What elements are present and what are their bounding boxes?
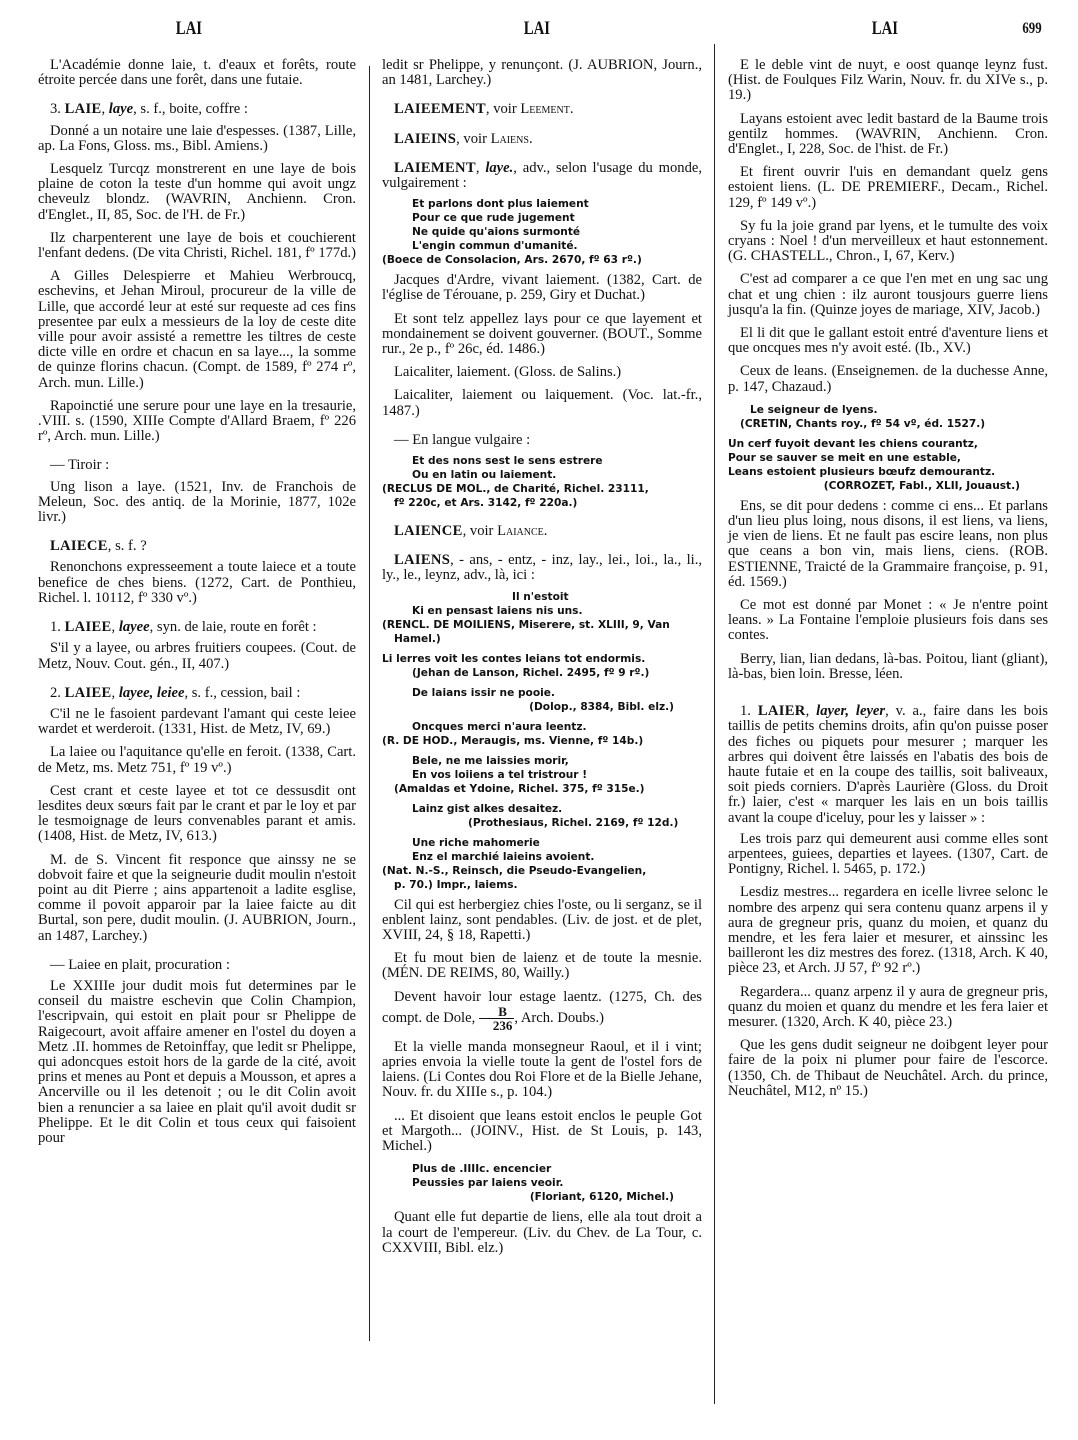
sub-sense: — En langue vulgaire :	[382, 433, 702, 448]
citation: C'est ad comparer a ce que l'en met en u…	[728, 272, 1048, 318]
verse-quote: Plus de .IIIIc. encencier Peussies par l…	[382, 1162, 702, 1204]
verse-quote: De laians issir ne pooie. (Dolop., 8384,…	[382, 686, 702, 714]
citation: E le deble vint de nuyt, e oost quanqe l…	[728, 58, 1048, 104]
entry-headword: LAIENCE	[394, 523, 463, 539]
verse-source: (Dolop., 8384, Bibl. elz.)	[382, 700, 702, 714]
citation: Regardera... quanz arpenz il y aura de g…	[728, 985, 1048, 1031]
verse-source: (Jehan de Lanson, Richel. 2495, fº 9 rº.…	[382, 666, 702, 680]
citation: M. de S. Vincent fit responce que ainssy…	[38, 853, 356, 944]
citation: Donné a un notaire une laie d'espesses. …	[38, 124, 356, 154]
cross-reference: Laiens.	[491, 131, 533, 147]
column-divider	[369, 66, 370, 1341]
citation: A Gilles Delespierre et Mahieu Werbroucq…	[38, 269, 356, 391]
verse-source: (R. DE HOD., Meraugis, ms. Vienne, fº 14…	[382, 734, 702, 748]
citation: Ilz charpenterent une laye de bois et co…	[38, 231, 356, 261]
citation: Et sont telz appellez lays pour ce que l…	[382, 312, 702, 358]
verse-quote: Bele, ne me laissies morir, En vos loiie…	[382, 754, 702, 796]
sub-sense: — Tiroir :	[38, 458, 356, 473]
citation: Laicaliter, laiement ou laiquement. (Voc…	[382, 388, 702, 418]
citation: La laiee ou l'aquitance qu'elle en feroi…	[38, 745, 356, 775]
dictionary-entry-laiee-1: 1. LAIEE, layee, syn. de laie, route en …	[38, 620, 356, 635]
entry-headword: LAIECE	[50, 538, 108, 554]
entry-headword: LAIENS	[394, 552, 450, 568]
entry-variant: laye	[109, 101, 133, 117]
entry-headword: LAIEEMENT	[394, 101, 486, 117]
verse-source: (CRETIN, Chants roy., fº 54 vº, éd. 1527…	[728, 417, 1048, 431]
citation: Laicaliter, laiement. (Gloss. de Salins.…	[382, 365, 702, 380]
column-divider	[714, 44, 715, 1404]
citation: Renonchons expresseement a toute laiece …	[38, 560, 356, 606]
verse-quote: Un cerf fuyoit devant les chiens courant…	[728, 437, 1048, 493]
running-head-right: LAI	[872, 18, 898, 40]
entry-definition: , syn. de laie, route en forêt :	[150, 619, 317, 635]
paragraph: Berry, lian, lian dedans, là-bas. Poitou…	[728, 652, 1048, 682]
verse-source: (CORROZET, Fabl., XLII, Jouaust.)	[728, 479, 1048, 493]
citation: Et la vielle manda monsegneur Raoul, et …	[382, 1040, 702, 1101]
citation: Quant elle fut departie de liens, elle a…	[382, 1210, 702, 1256]
verse-quote: Li lerres voit les contes leians tot end…	[382, 652, 702, 680]
citation: El li dit que le gallant estoit entré d'…	[728, 326, 1048, 356]
citation: Les trois parz qui demeurent ausi comme …	[728, 832, 1048, 878]
citation: Layans estoient avec ledit bastard de la…	[728, 112, 1048, 158]
citation: C'il ne le fasoient pardevant l'amant qu…	[38, 707, 356, 737]
citation: Le XXIIIe jour dudit mois fut determines…	[38, 979, 356, 1146]
verse-source: (Amaldas et Ydoine, Richel. 375, fº 315e…	[382, 782, 702, 796]
cross-reference: Leement.	[520, 101, 573, 117]
entry-headword: LAIEE	[65, 685, 112, 701]
entry-headword: LAIEE	[65, 619, 112, 635]
citation: ledit sr Phelippe, y renunçont. (J. AUBR…	[382, 58, 702, 88]
entry-definition: , s. f., boite, coffre :	[133, 101, 248, 117]
citation: Jacques d'Ardre, vivant laiement. (1382,…	[382, 273, 702, 303]
verse-quote: Oncques merci n'aura leentz. (R. DE HOD.…	[382, 720, 702, 748]
page-header: LAI LAI LAI 699	[0, 18, 1078, 48]
entry-headword: LAIE	[65, 101, 102, 117]
citation: Cil qui est herbergiez chies l'oste, ou …	[382, 898, 702, 944]
verse-source: (RENCL. DE MOILIENS, Miserere, st. XLIII…	[382, 618, 702, 632]
column-left: L'Académie donne laie, t. d'eaux et forê…	[38, 58, 356, 1154]
verse-quote: Et des nons sest le sens estrere Ou en l…	[382, 454, 702, 510]
citation: Cest crant et ceste layee et tot ce dess…	[38, 784, 356, 845]
fraction: B236	[479, 1005, 515, 1032]
running-head-left: LAI	[176, 18, 202, 40]
verse-quote: Une riche mahomerie Enz el marchié laiei…	[382, 836, 702, 892]
entry-variant: layer, leyer	[816, 703, 885, 719]
verse-source: (Floriant, 6120, Michel.)	[382, 1190, 702, 1204]
entry-definition: , v. a., faire dans les bois taillis de …	[728, 703, 1048, 825]
verse-quote: Le seigneur de lyens. (CRETIN, Chants ro…	[728, 403, 1048, 431]
dictionary-entry-laience: LAIENCE, voir Laiance.	[382, 524, 702, 539]
entry-variant: layee, leiee	[119, 685, 185, 701]
citation: Sy fu la joie grand par lyens, et le tum…	[728, 219, 1048, 265]
citation: Lesquelz Turcqz monstrerent en une laye …	[38, 162, 356, 223]
running-head-center: LAI	[524, 18, 550, 40]
dictionary-entry-laiens: LAIENS, - ans, - entz, - inz, lay., lei.…	[382, 553, 702, 583]
dictionary-entry-laiece: LAIECE, s. f. ?	[38, 539, 356, 554]
cross-reference: Laiance.	[497, 523, 547, 539]
citation: Ens, se dit pour dedens : comme ci ens..…	[728, 499, 1048, 590]
entry-headword: LAIEINS	[394, 131, 456, 147]
verse-source: (Nat. N.-S., Reinsch, die Pseudo-Evangel…	[382, 864, 702, 878]
paragraph: L'Académie donne laie, t. d'eaux et forê…	[38, 58, 356, 88]
citation: ... Et disoient que leans estoit enclos …	[382, 1109, 702, 1155]
citation: S'il y a layee, ou arbres fruitiers coup…	[38, 641, 356, 671]
citation: Lesdiz mestres... regardera en icelle li…	[728, 885, 1048, 976]
entry-variant: laye.	[485, 160, 513, 176]
verse-source: (Prothesiaus, Richel. 2169, fº 12d.)	[382, 816, 702, 830]
citation: Ung lison a laye. (1521, Inv. de Francho…	[38, 480, 356, 526]
entry-definition: , s. f. ?	[108, 538, 147, 554]
citation: Et fu mout bien de laienz et de toute la…	[382, 951, 702, 981]
entry-headword: LAIEMENT	[394, 160, 476, 176]
dictionary-entry-laiement: LAIEMENT, laye., adv., selon l'usage du …	[382, 161, 702, 191]
entry-headword: LAIER	[758, 703, 806, 719]
paragraph: Ce mot est donné par Monet : « Je n'entr…	[728, 598, 1048, 644]
verse-quote: Lainz gist alkes desaitez. (Prothesiaus,…	[382, 802, 702, 830]
sub-sense: — Laiee en plait, procuration :	[38, 958, 356, 973]
dictionary-entry-laier-1: 1. LAIER, layer, leyer, v. a., faire dan…	[728, 704, 1048, 826]
verse-source: (RECLUS DE MOL., de Charité, Richel. 231…	[382, 482, 702, 496]
citation: Et firent ouvrir l'uis en demandant quel…	[728, 165, 1048, 211]
entry-definition: , s. f., cession, bail :	[184, 685, 300, 701]
entry-variant: layee	[119, 619, 150, 635]
citation: Ceux de leans. (Enseignemen. de la duche…	[728, 364, 1048, 394]
dictionary-entry-laiee-2: 2. LAIEE, layee, leiee, s. f., cession, …	[38, 686, 356, 701]
citation: Que les gens dudit seigneur ne doibgent …	[728, 1038, 1048, 1099]
column-center: ledit sr Phelippe, y renunçont. (J. AUBR…	[382, 58, 702, 1264]
dictionary-entry-laieement: LAIEEMENT, voir Leement.	[382, 102, 702, 117]
citation: Devent havoir lour estage laentz. (1275,…	[382, 990, 702, 1032]
column-right: E le deble vint de nuyt, e oost quanqe l…	[728, 58, 1048, 1107]
page-number: 699	[1022, 20, 1041, 38]
verse-source: (Boece de Consolacion, Ars. 2670, fº 63 …	[382, 253, 702, 267]
verse-quote: Et parlons dont plus laiement Pour ce qu…	[382, 197, 702, 267]
citation: Rapoinctié une serure pour une laye en l…	[38, 399, 356, 445]
dictionary-entry-laieins: LAIEINS, voir Laiens.	[382, 132, 702, 147]
dictionary-entry-laie-3: 3. LAIE, laye, s. f., boite, coffre :	[38, 102, 356, 117]
verse-quote: Il n'estoit Ki en pensast laiens nis uns…	[382, 590, 702, 646]
